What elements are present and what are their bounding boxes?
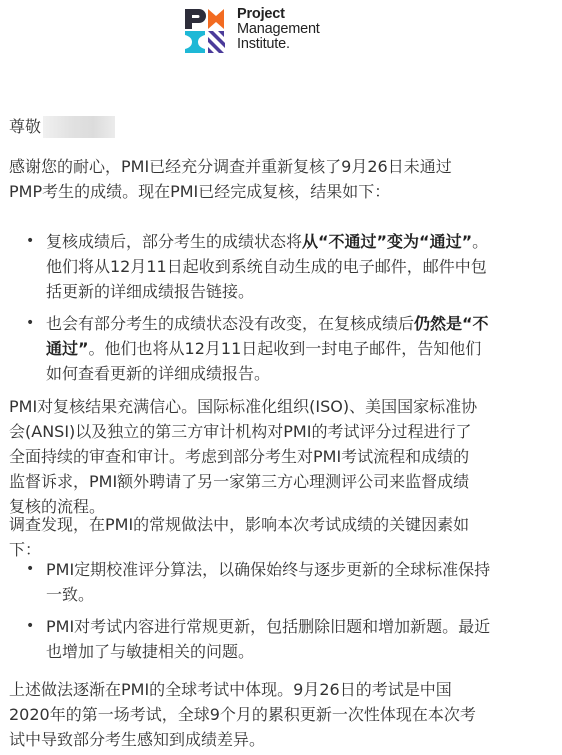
- bullet-icon: •: [26, 311, 34, 336]
- redacted-name: [43, 116, 115, 138]
- confidence-paragraph: PMI对复核结果充满信心。国际标准化组织(ISO)、美国国家标准协会(ANSI)…: [9, 394, 484, 519]
- list-item: • 也会有部分考生的成绩状态没有改变，在复核成绩后仍然是“不通过”。他们也将从1…: [9, 311, 491, 386]
- intro-paragraph: 感谢您的耐心，PMI已经充分调查并重新复核了9月26日未通过PMP考生的成绩。现…: [9, 154, 479, 204]
- list-item: • 复核成绩后，部分考生的成绩状态将从“不通过”变为“通过”。他们将从12月11…: [9, 229, 491, 304]
- findings-intro: 调查发现，在PMI的常规做法中，影响本次考试成绩的关键因素如下：: [9, 512, 479, 562]
- pmi-logo-mark-icon: [183, 7, 233, 53]
- results-list: • 复核成绩后，部分考生的成绩状态将从“不通过”变为“通过”。他们将从12月11…: [9, 229, 554, 393]
- salutation-text: 尊敬: [9, 114, 41, 139]
- list-item: • PMI定期校准评分算法，以确保始终与逐步更新的全球标准保持一致。: [9, 557, 491, 607]
- logo-line-management: Management: [237, 22, 320, 37]
- salutation: 尊敬: [9, 114, 115, 139]
- logo-line-project: Project: [237, 7, 320, 22]
- bullet-icon: •: [26, 557, 34, 582]
- conclusion-paragraph: 上述做法逐渐在PMI的全球考试中体现。9月26日的考试是中国2020年的第一场考…: [9, 677, 479, 752]
- list-item: • PMI对考试内容进行常规更新，包括删除旧题和增加新题。最近也增加了与敏捷相关…: [9, 614, 491, 664]
- logo-wordmark: Project Management Institute.: [237, 7, 320, 52]
- bullet-icon: •: [26, 229, 34, 254]
- findings-list: • PMI定期校准评分算法，以确保始终与逐步更新的全球标准保持一致。 • PMI…: [9, 557, 554, 671]
- bullet-icon: •: [26, 614, 34, 639]
- logo-line-institute: Institute.: [237, 37, 320, 52]
- emphasis: 从“不通过”变为“通过”: [302, 232, 472, 251]
- pmi-logo: Project Management Institute.: [183, 7, 320, 53]
